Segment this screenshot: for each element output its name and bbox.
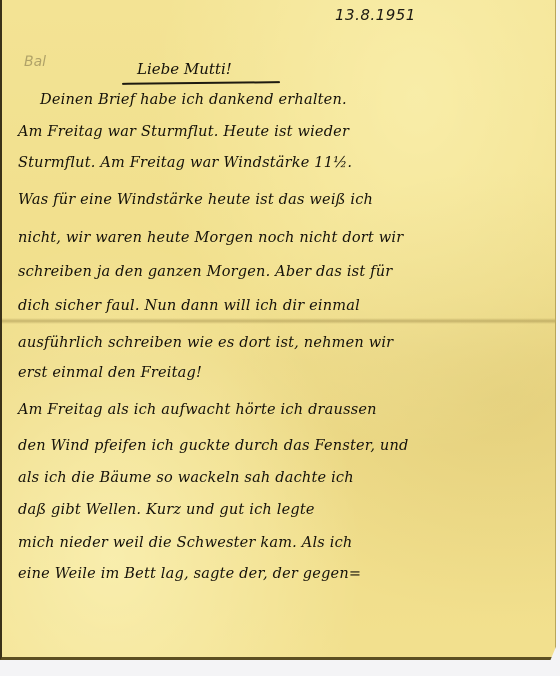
- letter-line: ausführlich schreiben wie es dort ist, n…: [18, 335, 393, 351]
- letter-line: Am Freitag war Sturmflut. Heute ist wied…: [18, 124, 349, 140]
- letter-line: daß gibt Wellen. Kurz und gut ich legte: [18, 502, 315, 518]
- letter-line: Am Freitag als ich aufwacht hörte ich dr…: [18, 402, 377, 418]
- paper-fold-crease: [2, 318, 555, 324]
- letter-paper: Bal 13.8.1951 Liebe Mutti! Deinen Brief …: [0, 0, 556, 660]
- margin-note: Bal: [24, 54, 46, 70]
- letter-line: als ich die Bäume so wackeln sah dachte …: [18, 470, 354, 486]
- letter-line: Deinen Brief habe ich dankend erhalten.: [40, 92, 347, 108]
- salutation-underline: [122, 81, 280, 85]
- letter-line: den Wind pfeifen ich guckte durch das Fe…: [18, 438, 409, 454]
- letter-line: mich nieder weil die Schwester kam. Als …: [18, 535, 352, 551]
- letter-line: eine Weile im Bett lag, sagte der, der g…: [18, 566, 361, 582]
- letter-line: dich sicher faul. Nun dann will ich dir …: [18, 298, 360, 314]
- letter-line: Was für eine Windstärke heute ist das we…: [18, 192, 373, 208]
- letter-line: erst einmal den Freitag!: [18, 365, 202, 381]
- letter-date: 13.8.1951: [335, 6, 416, 24]
- salutation: Liebe Mutti!: [137, 60, 232, 78]
- letter-line: schreiben ja den ganzen Morgen. Aber das…: [18, 264, 392, 280]
- letter-line: nicht, wir waren heute Morgen noch nicht…: [18, 230, 403, 246]
- letter-line: Sturmflut. Am Freitag war Windstärke 11½…: [18, 155, 352, 171]
